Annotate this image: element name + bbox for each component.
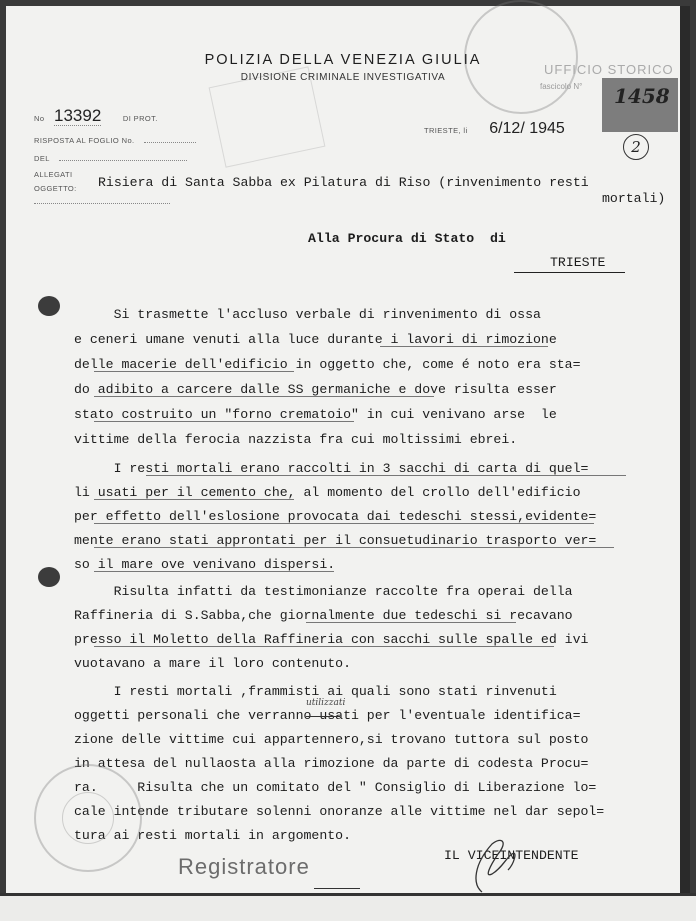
registry-circle-stamp [34,764,142,872]
registratore-stamp: Registratore [178,854,310,880]
pencil-underline [94,646,554,647]
document-page: UFFICIO STORICO fascicolo N° 1458 2 POLI… [6,6,690,912]
body-line: per effetto dell'eslosione provocata dai… [74,509,596,524]
letter-date: 6/12/ 1945 [489,120,565,137]
handwritten-correction: utilizzati [306,698,345,708]
punch-hole-bottom [38,567,60,587]
body-line: Si trasmette l'accluso verbale di rinven… [74,307,541,322]
body-line: so il mare ove venivano dispersi. [74,557,335,572]
oggetto-dotline [34,203,170,204]
body-line: mente erano stati approntati per il cons… [74,533,596,548]
body-line: e ceneri umane venuti alla luce durante … [74,332,557,347]
page-number-circle: 2 [623,134,649,160]
pencil-underline [94,396,434,397]
oggetto-row: OGGETTO: [34,178,77,196]
letterhead-subtitle: DIVISIONE CRIMINALE INVESTIGATIVA [6,72,680,83]
archive-sub-label: fascicolo N° [540,82,582,91]
recipient-line: Alla Procura di Stato di [308,232,506,245]
subject-line-2: mortali) [602,192,665,205]
pencil-underline [94,547,614,548]
body-line: li usati per il cemento che, al momento … [74,485,580,500]
reply-row: RISPOSTA AL FOGLIO No. [34,130,196,148]
body-line: Raffineria di S.Sabba,che giornalmente d… [74,608,573,623]
pencil-underline [94,421,354,422]
pencil-underline [380,346,548,347]
body-line: in attesa del nullaosta alla rimozione d… [74,756,588,771]
body-line: I resti mortali erano raccolti in 3 sacc… [74,461,588,476]
archive-number-box: 1458 [602,78,678,132]
punch-hole-top [38,296,60,316]
body-line: vittime della ferocia nazzista fra cui m… [74,432,517,447]
pencil-underline [306,622,516,623]
date-row: TRIESTE, li 6/12/ 1945 [424,120,565,138]
body-line: ra. Risulta che un comitato del " Consig… [74,780,596,795]
body-line: presso il Moletto della Raffineria con s… [74,632,588,647]
body-line: do adibito a carcere dalle SS germaniche… [74,382,557,397]
registratore-underline [314,888,360,889]
body-line: vuotavano a mare il loro contenuto. [74,656,351,671]
pencil-underline [94,523,594,524]
recipient-city: TRIESTE [514,256,625,273]
pencil-underline [146,475,626,476]
body-line: I resti mortali ,frammisti ai quali sono… [74,684,557,699]
letterhead-title: POLIZIA DELLA VENEZIA GIULIA [6,52,680,68]
protocol-row: No 13392 DI PROT. [34,106,158,126]
subject-line-1: Risiera di Santa Sabba ex Pilatura di Ri… [98,176,589,189]
protocol-number: 13392 [54,106,101,126]
pencil-underline [94,499,294,500]
signature-scribble-icon [462,834,532,896]
archive-number: 1458 [614,84,670,108]
strikethrough-mark [306,716,340,717]
body-line: delle macerie dell'edificio in oggetto c… [74,357,580,372]
body-line: stato costruito un "forno crematoio" in … [74,407,557,422]
scan-bottom-strip [0,893,696,921]
body-line: cale intende tributare solenni onoranze … [74,804,604,819]
pencil-underline [94,371,294,372]
body-line: Risulta infatti da testimonianze raccolt… [74,584,573,599]
pencil-underline [94,571,334,572]
body-line: zione delle vittime cui appartennero,si … [74,732,588,747]
